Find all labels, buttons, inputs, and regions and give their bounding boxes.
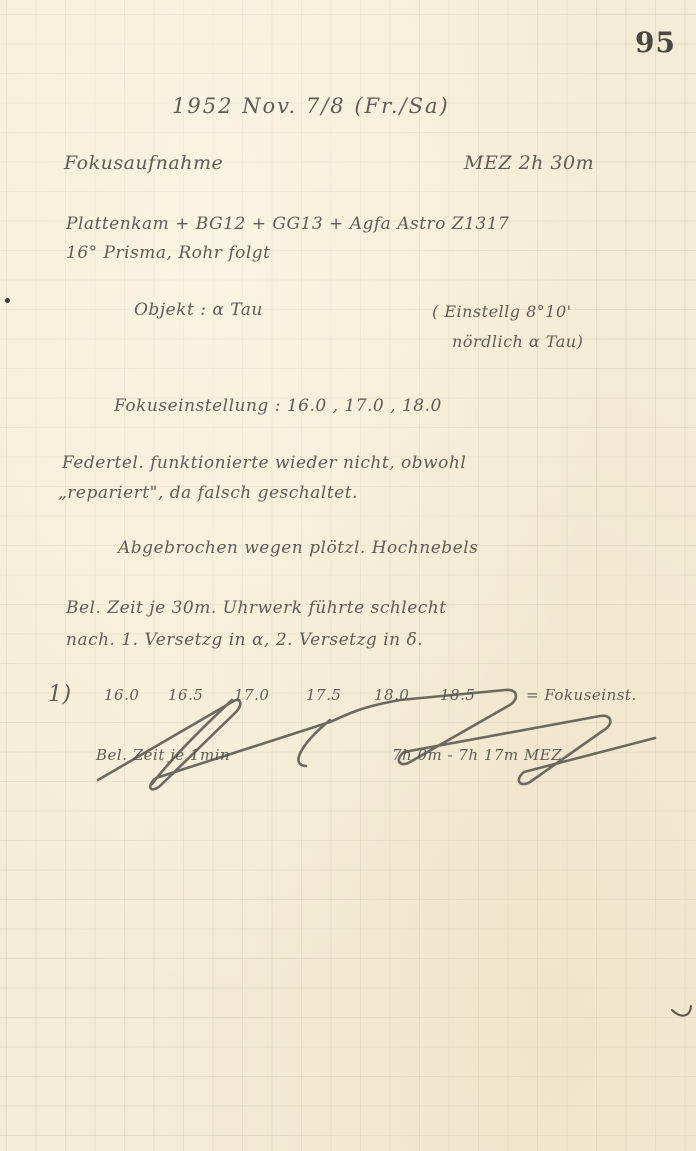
- crossed-exposure-line: Bel. Zeit je 1min: [96, 746, 230, 764]
- object-note-line-1: ( Einstellg 8°10': [432, 302, 572, 321]
- object-label: Objekt : α Tau: [134, 300, 263, 320]
- crossed-focus-value: 17.5: [306, 686, 341, 704]
- remark-line-1: Federtel. funktionierte wieder nicht, ob…: [62, 453, 466, 473]
- equipment-line-2: 16° Prisma, Rohr folgt: [66, 243, 271, 263]
- exposure-line-2: nach. 1. Versetzg in α, 2. Versetzg in δ…: [66, 630, 423, 650]
- page-number: 95: [635, 26, 676, 59]
- notebook-page: 95 1952 Nov. 7/8 (Fr./Sa) Fokusaufnahme …: [0, 0, 696, 1151]
- object-note-line-2: nördlich α Tau): [452, 332, 583, 351]
- crossed-focus-suffix: = Fokuseinst.: [526, 686, 637, 704]
- crossed-focus-value: 17.0: [234, 686, 269, 704]
- exposure-line-1: Bel. Zeit je 30m. Uhrwerk führte schlech…: [66, 598, 447, 618]
- remark-line-2: „repariert", da falsch geschaltet.: [58, 483, 358, 503]
- focus-setting: Fokuseinstellung : 16.0 , 17.0 , 18.0: [114, 396, 442, 416]
- crossed-focus-value: 16.5: [168, 686, 203, 704]
- abort-note: Abgebrochen wegen plötzl. Hochnebels: [118, 538, 478, 558]
- crossed-entry-marker: 1): [48, 682, 72, 707]
- entry-title: Fokusaufnahme: [64, 152, 223, 174]
- entry-time: MEZ 2h 30m: [464, 152, 594, 174]
- ink-dot: [5, 298, 10, 303]
- equipment-line-1: Plattenkam + BG12 + GG13 + Agfa Astro Z1…: [66, 214, 509, 234]
- crossed-time-range: 7h 0m - 7h 17m MEZ: [392, 746, 562, 764]
- date-heading: 1952 Nov. 7/8 (Fr./Sa): [172, 94, 450, 118]
- crossed-focus-value: 16.0: [104, 686, 139, 704]
- crossed-focus-value: 18.0: [374, 686, 409, 704]
- crossed-focus-value: 18.5: [440, 686, 475, 704]
